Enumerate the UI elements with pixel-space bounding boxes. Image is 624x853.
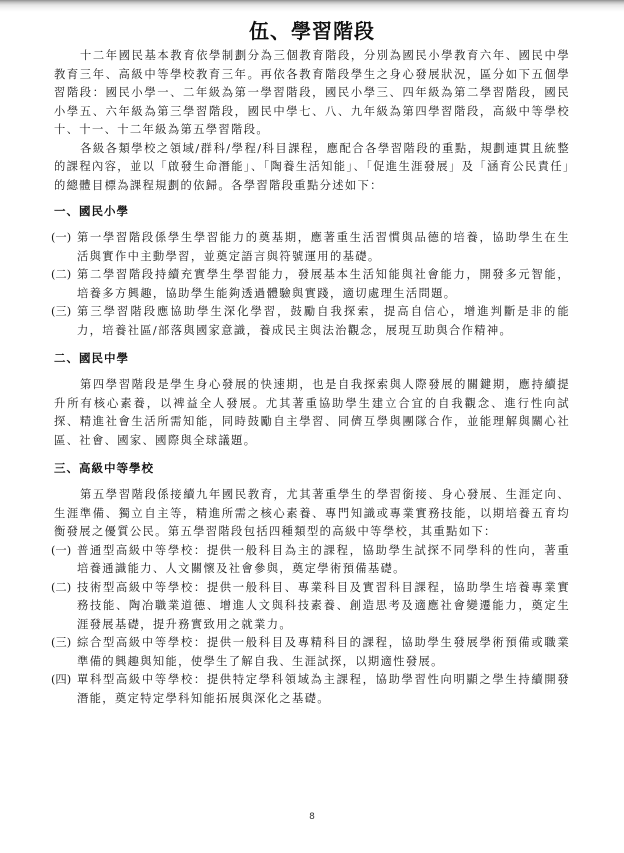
- intro-paragraph-2: 各級各類學校之領域/群科/學程/科目課程，應配合各學習階段的重點，規劃連貫且統整…: [54, 140, 570, 196]
- list-item: (三) 綜合型高級中等學校：提供一般科目及專精科目的課程，協助學生發展學術預備或…: [51, 634, 570, 671]
- senior-high-paragraph: 第五學習階段係接續九年國民教育，尤其著重學生的學習銜接、身心發展、生涯定向、生涯…: [54, 486, 570, 542]
- section-heading-elementary: 一、國民小學: [54, 201, 570, 221]
- list-marker: (四): [51, 671, 77, 708]
- list-text: 單科型高級中等學校：提供特定學科領域為主課程，協助學習性向明顯之學生持續開發潛能…: [77, 671, 570, 708]
- viewer-top-shadow: [0, 0, 624, 12]
- elementary-stage-list: (一) 第一學習階段係學生學習能力的奠基期，應著重生活習慣與品德的培養，協助學生…: [54, 229, 570, 340]
- page-number: 8: [0, 812, 624, 822]
- list-text: 第一學習階段係學生學習能力的奠基期，應著重生活習慣與品德的培養，協助學生在生活與…: [77, 229, 570, 266]
- list-text: 第三學習階段應協助學生深化學習，鼓勵自我探索，提高自信心，增進判斷是非的能力，培…: [77, 303, 570, 340]
- list-item: (二) 第二學習階段持續充實學生學習能力，發展基本生活知能與社會能力，開發多元智…: [51, 266, 570, 303]
- list-marker: (二): [51, 266, 77, 303]
- list-text: 普通型高級中等學校：提供一般科目為主的課程，協助學生試探不同學科的性向，著重培養…: [77, 542, 570, 579]
- section-heading-senior-high: 三、高級中等學校: [54, 458, 570, 478]
- section-heading-junior-high: 二、國民中學: [54, 348, 570, 368]
- list-item: (一) 普通型高級中等學校：提供一般科目為主的課程，協助學生試探不同學科的性向，…: [51, 542, 570, 579]
- list-marker: (三): [51, 303, 77, 340]
- list-text: 第二學習階段持續充實學生學習能力，發展基本生活知能與社會能力，開發多元智能，培養…: [77, 266, 570, 303]
- list-marker: (一): [51, 229, 77, 266]
- list-item: (一) 第一學習階段係學生學習能力的奠基期，應著重生活習慣與品德的培養，協助學生…: [51, 229, 570, 266]
- document-page: 伍、學習階段 十二年國民基本教育依學制劃分為三個教育階段，分別為國民小學教育六年…: [54, 18, 570, 708]
- list-item: (四) 單科型高級中等學校：提供特定學科領域為主課程，協助學習性向明顯之學生持續…: [51, 671, 570, 708]
- list-item: (三) 第三學習階段應協助學生深化學習，鼓勵自我探索，提高自信心，增進判斷是非的…: [51, 303, 570, 340]
- list-item: (二) 技術型高級中等學校：提供一般科目、專業科目及實習科目課程，協助學生培養專…: [51, 579, 570, 635]
- list-marker: (一): [51, 542, 77, 579]
- list-marker: (二): [51, 579, 77, 635]
- page-title: 伍、學習階段: [54, 18, 570, 44]
- list-text: 綜合型高級中等學校：提供一般科目及專精科目的課程，協助學生發展學術預備或職業準備…: [77, 634, 570, 671]
- intro-paragraph-1: 十二年國民基本教育依學制劃分為三個教育階段，分別為國民小學教育六年、國民中學教育…: [54, 47, 570, 140]
- junior-high-paragraph: 第四學習階段是學生身心發展的快速期，也是自我探索與人際發展的關鍵期，應持續提升所…: [54, 376, 570, 450]
- senior-high-type-list: (一) 普通型高級中等學校：提供一般科目為主的課程，協助學生試探不同學科的性向，…: [54, 542, 570, 709]
- list-marker: (三): [51, 634, 77, 671]
- list-text: 技術型高級中等學校：提供一般科目、專業科目及實習科目課程，協助學生培養專業實務技…: [77, 579, 570, 635]
